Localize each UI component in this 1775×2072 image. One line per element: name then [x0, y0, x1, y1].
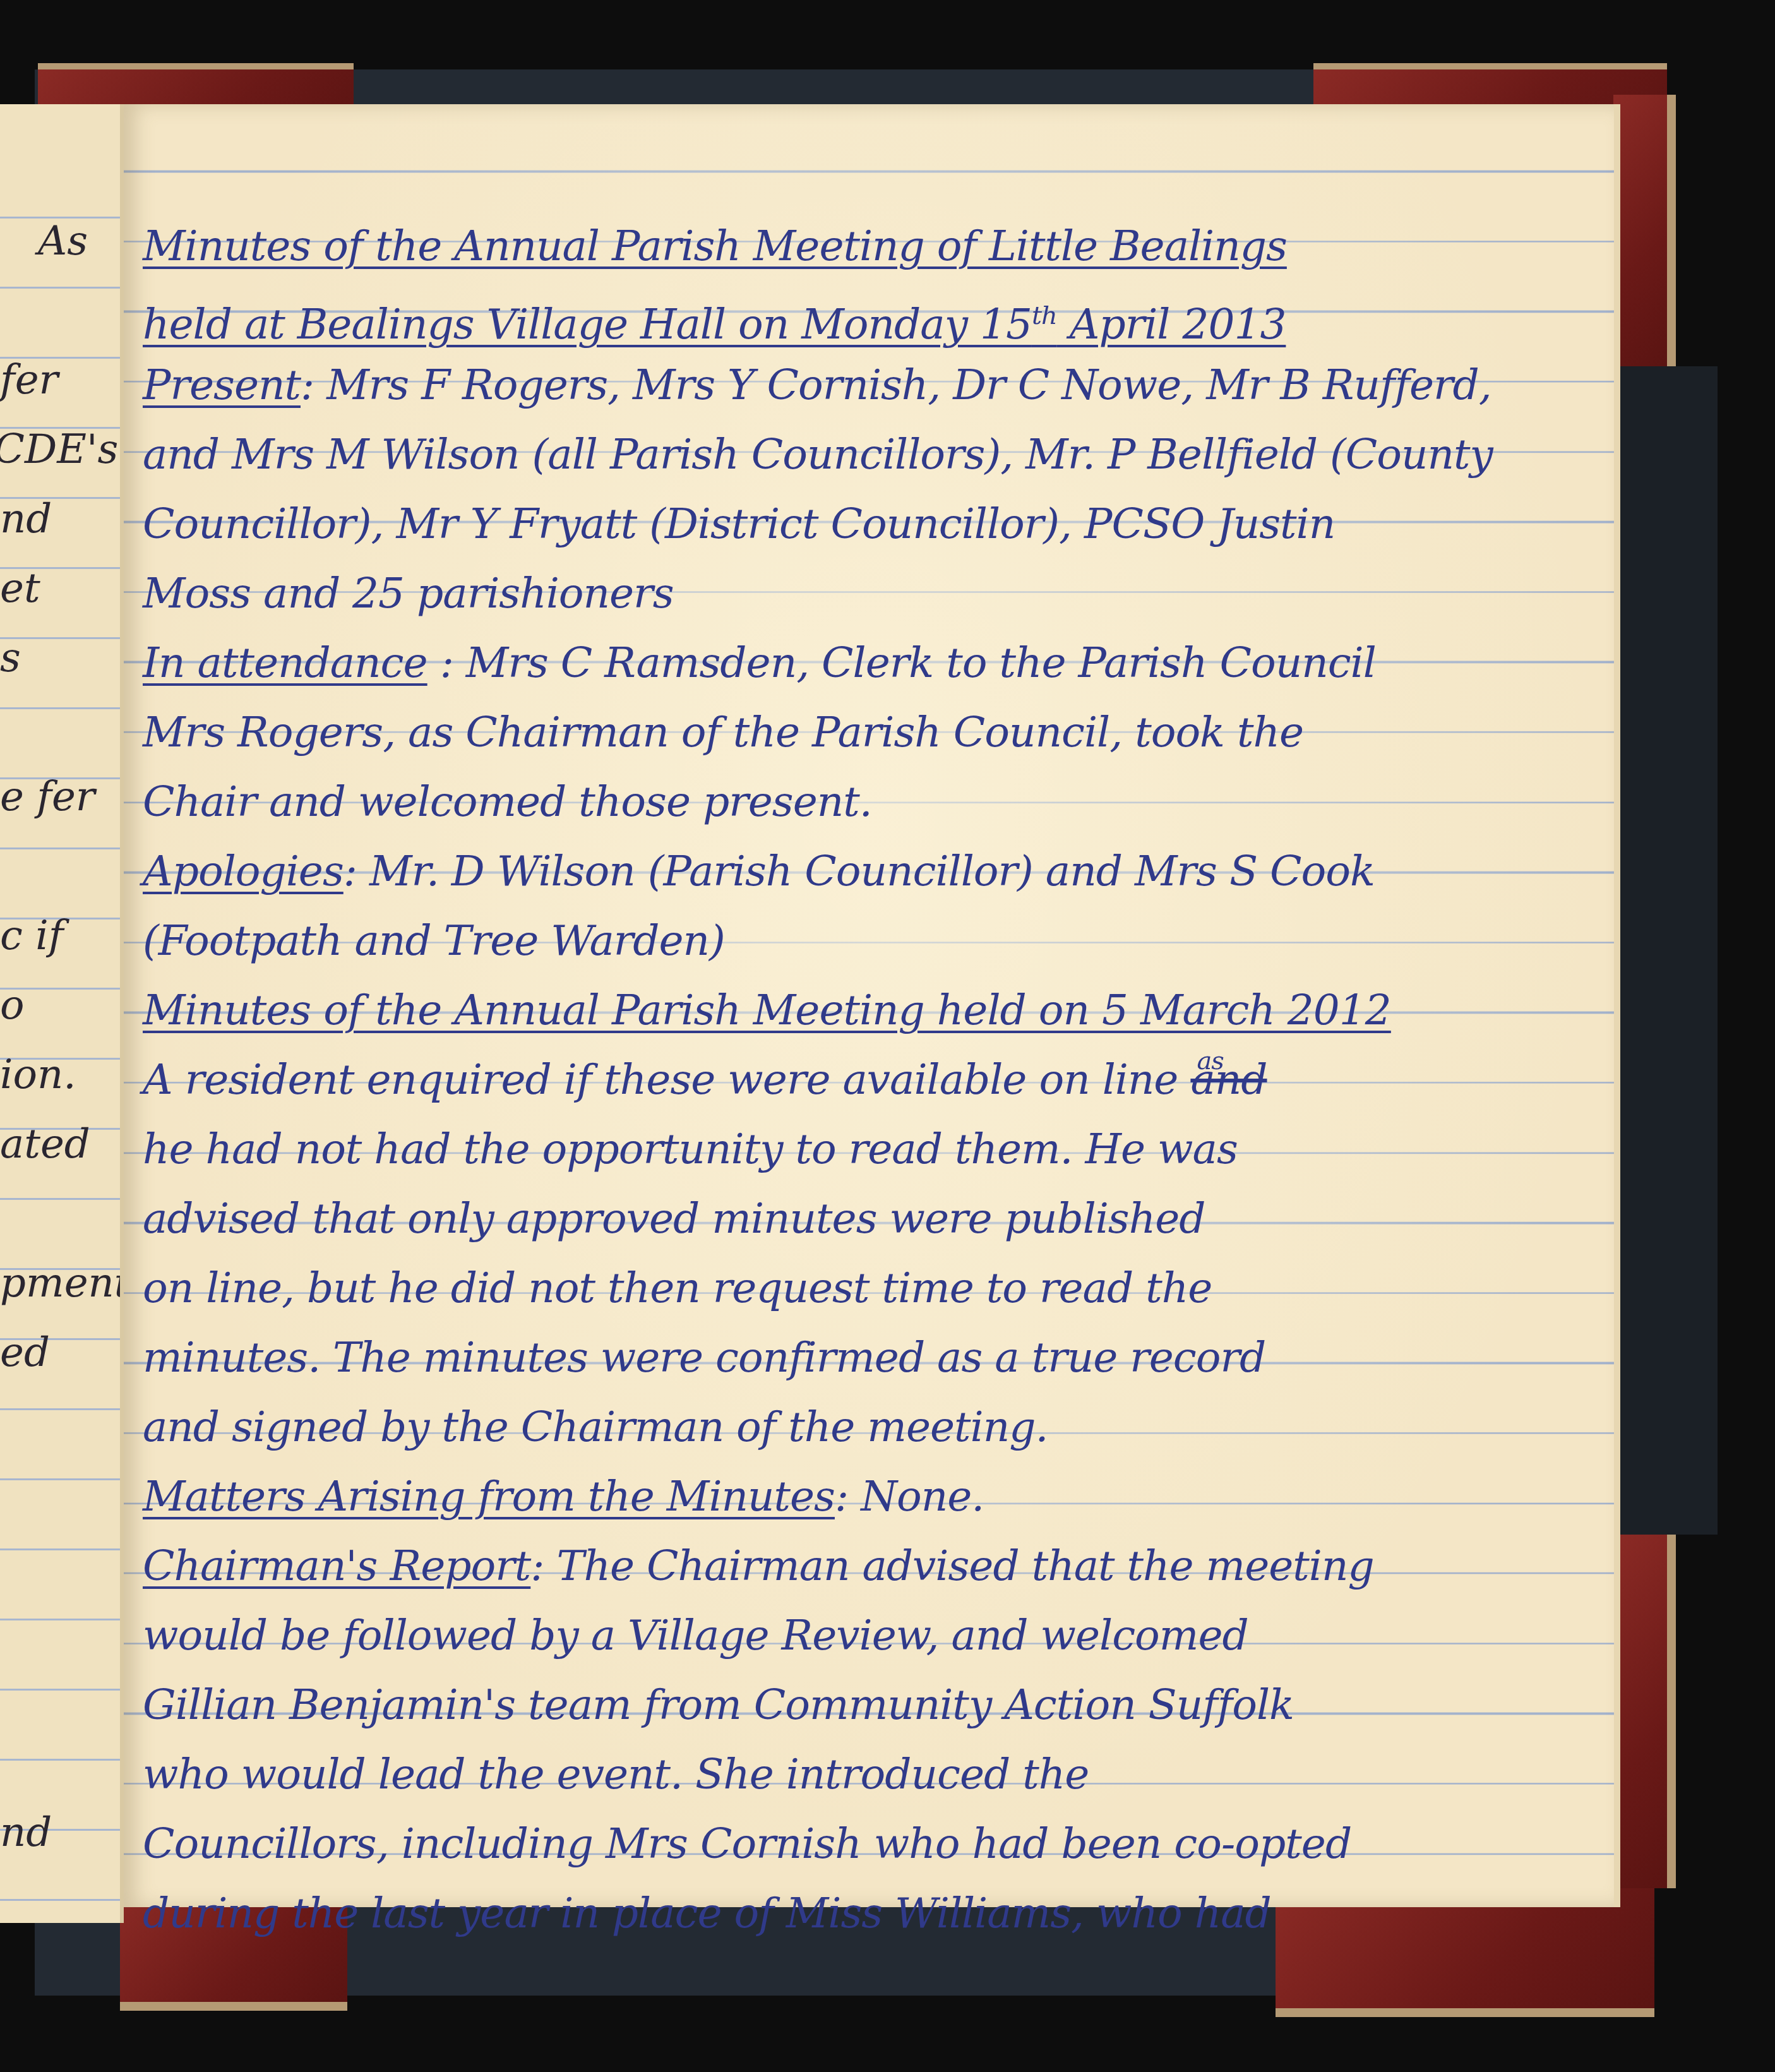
- previous-minutes-text: minutes. The minutes were confirmed as a…: [143, 1333, 1265, 1382]
- present-line-4: Moss and 25 parishioners: [143, 559, 1589, 628]
- title-line-2: held at Bealings Village Hall on Monday …: [143, 281, 1589, 350]
- previous-minutes-line-5: minutes. The minutes were confirmed as a…: [143, 1323, 1589, 1392]
- chairmans-report-text: who would lead the event. She introduced…: [143, 1750, 1089, 1799]
- matters-arising-line: Matters Arising from the Minutes: None.: [143, 1462, 1589, 1531]
- previous-minutes-text: he had not had the opportunity to read t…: [143, 1125, 1238, 1173]
- previous-minutes-text: and signed by the Chairman of the meetin…: [143, 1403, 1048, 1451]
- in-attendance-heading: In attendance: [143, 638, 427, 687]
- left-fragment: e fer: [0, 774, 95, 820]
- apologies-text: : Mr. D Wilson (Parish Councillor) and M…: [344, 847, 1375, 895]
- left-fragment: et: [0, 565, 40, 612]
- chairmans-report-text: : The Chairman advised that the meeting: [530, 1542, 1373, 1590]
- date-ordinal: th: [1032, 301, 1057, 330]
- matters-arising-heading: Matters Arising from the Minutes: [143, 1472, 835, 1521]
- previous-minutes-line-3: advised that only approved minutes were …: [143, 1184, 1589, 1254]
- left-fragment: c if: [0, 913, 63, 959]
- left-fragment: fer: [0, 357, 58, 404]
- left-fragment: nd: [0, 1809, 52, 1856]
- chairmans-report-line-1: Chairman's Report: The Chairman advised …: [143, 1531, 1589, 1601]
- inserted-word: as: [1197, 1026, 1223, 1096]
- title-month-year: April 2013: [1057, 300, 1286, 349]
- left-page-fragment: As fer CDE's nd et s e fer c if o ion. a…: [0, 104, 124, 1923]
- in-attendance-line: In attendance : Mrs C Ramsden, Clerk to …: [143, 628, 1589, 698]
- left-fragment: ated: [0, 1121, 90, 1168]
- notebook-cover-edge: [1617, 366, 1718, 1535]
- left-fragment: o: [0, 982, 25, 1029]
- chairmans-report-text: during the last year in place of Miss Wi…: [143, 1889, 1271, 1937]
- chairmans-report-line-2: would be followed by a Village Review, a…: [143, 1601, 1589, 1670]
- title-line-1: Minutes of the Annual Parish Meeting of …: [143, 212, 1589, 281]
- left-fragment: nd: [0, 496, 52, 542]
- previous-minutes-text: advised that only approved minutes were …: [143, 1194, 1205, 1243]
- chairmans-report-line-4: who would lead the event. She introduced…: [143, 1740, 1589, 1809]
- chairmans-report-text: Councillors, including Mrs Cornish who h…: [143, 1819, 1351, 1868]
- chair-intro-text: Mrs Rogers, as Chairman of the Parish Co…: [143, 708, 1303, 757]
- apologies-line-1: Apologies: Mr. D Wilson (Parish Councill…: [143, 837, 1589, 906]
- left-fragment: pment: [0, 1260, 124, 1307]
- present-text: and Mrs M Wilson (all Parish Councillors…: [143, 430, 1493, 479]
- chair-intro-line-2: Chair and welcomed those present.: [143, 767, 1589, 837]
- present-line-1: Present: Mrs F Rogers, Mrs Y Cornish, Dr…: [143, 350, 1589, 420]
- previous-minutes-heading: Minutes of the Annual Parish Meeting hel…: [143, 976, 1589, 1045]
- apologies-line-2: (Footpath and Tree Warden): [143, 906, 1589, 976]
- chairmans-report-line-5: Councillors, including Mrs Cornish who h…: [143, 1809, 1589, 1879]
- chair-intro-line-1: Mrs Rogers, as Chairman of the Parish Co…: [143, 698, 1589, 767]
- left-fragment: As: [38, 218, 88, 265]
- chairmans-report-line-3: Gillian Benjamin's team from Community A…: [143, 1670, 1589, 1740]
- present-text: Moss and 25 parishioners: [143, 569, 674, 618]
- left-fragment: s: [0, 635, 21, 681]
- leather-edge-right-top: [1613, 95, 1676, 366]
- chairmans-report-text: Gillian Benjamin's team from Community A…: [143, 1680, 1294, 1729]
- apologies-heading: Apologies: [143, 847, 344, 895]
- previous-minutes-line-1: A resident enquired if these were availa…: [143, 1045, 1589, 1115]
- leather-edge-right-bottom: [1613, 1535, 1676, 1888]
- previous-minutes-line-2: he had not had the opportunity to read t…: [143, 1115, 1589, 1184]
- minutes-page: Minutes of the Annual Parish Meeting of …: [124, 104, 1620, 1907]
- previous-minutes-line-6: and signed by the Chairman of the meetin…: [143, 1392, 1589, 1462]
- in-attendance-text: : Mrs C Ramsden, Clerk to the Parish Cou…: [427, 638, 1376, 687]
- apologies-text: (Footpath and Tree Warden): [143, 916, 725, 965]
- present-heading: Present: [143, 361, 301, 409]
- title-text: Minutes of the Annual Parish Meeting of …: [143, 222, 1287, 270]
- chairmans-report-heading: Chairman's Report: [143, 1542, 530, 1590]
- previous-minutes-line-4: on line, but he did not then request tim…: [143, 1254, 1589, 1323]
- left-fragment: ed: [0, 1329, 50, 1376]
- chairmans-report-text: would be followed by a Village Review, a…: [143, 1611, 1248, 1660]
- chairmans-report-line-6: during the last year in place of Miss Wi…: [143, 1879, 1589, 1948]
- present-text: Councillor), Mr Y Fryatt (District Counc…: [143, 500, 1335, 548]
- title-date-text: held at Bealings Village Hall on Monday …: [143, 300, 1032, 349]
- present-line-2: and Mrs M Wilson (all Parish Councillors…: [143, 420, 1589, 489]
- left-fragment: ion.: [0, 1051, 76, 1098]
- left-fragment: CDE's: [0, 426, 118, 473]
- present-line-3: Councillor), Mr Y Fryatt (District Counc…: [143, 489, 1589, 559]
- matters-arising-text: : None.: [835, 1472, 984, 1521]
- previous-minutes-text: on line, but he did not then request tim…: [143, 1264, 1212, 1312]
- chair-intro-text: Chair and welcomed those present.: [143, 777, 872, 826]
- present-text: : Mrs F Rogers, Mrs Y Cornish, Dr C Nowe…: [301, 361, 1491, 409]
- previous-minutes-text: A resident enquired if these were availa…: [143, 1055, 1190, 1104]
